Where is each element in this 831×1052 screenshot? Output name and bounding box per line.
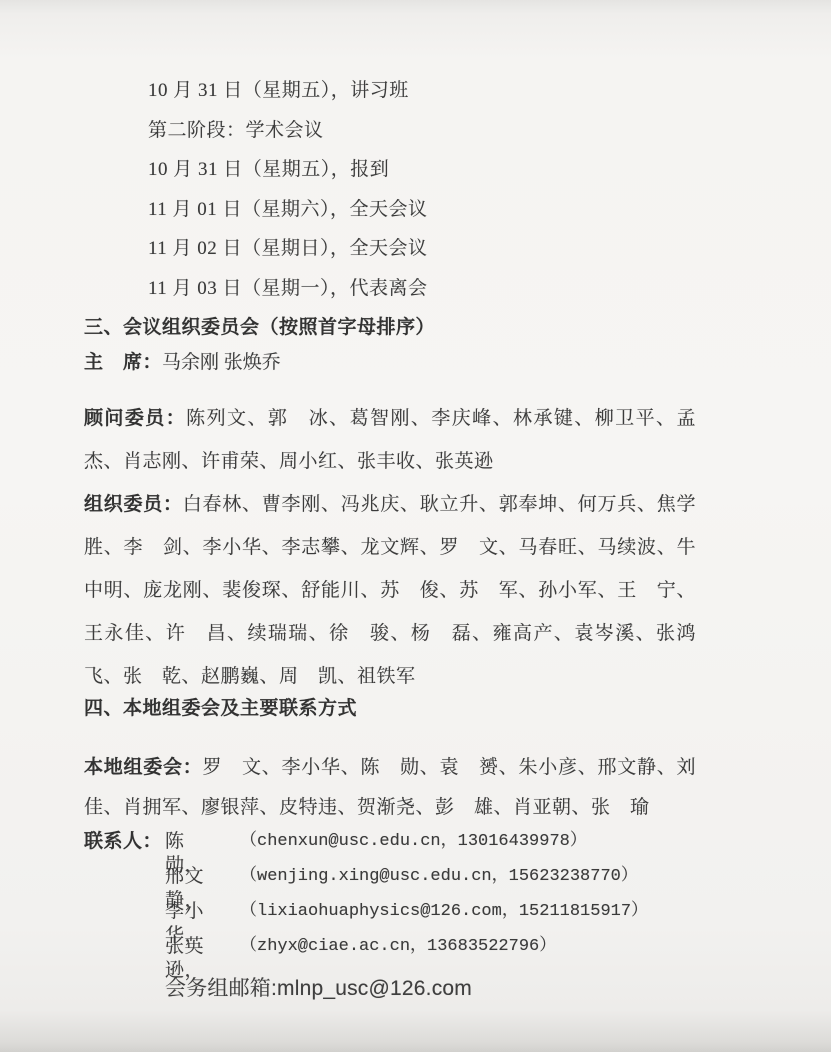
section4-heading: 四、本地组委会及主要联系方式: [84, 698, 696, 748]
document-content: 10 月 31 日（星期五），讲习班 第二阶段：学术会议 10 月 31 日（星…: [84, 80, 696, 1002]
organizers-names: 白春林、曹李刚、冯兆庆、耿立升、郭奉坤、何万兵、焦学胜、李 剑、李小华、李志攀、…: [84, 494, 696, 687]
organizers-paragraph: 组织委员：白春林、曹李刚、冯兆庆、耿立升、郭奉坤、何万兵、焦学胜、李 剑、李小华…: [84, 483, 696, 698]
chair-names: 马余刚 张焕乔: [162, 352, 281, 373]
section3-heading: 三、会议组织委员会（按照首字母排序）: [84, 317, 696, 352]
schedule-line-departure: 11 月 03 日（星期一），代表离会: [148, 278, 696, 318]
contact-info: （zhyx@ciae.ac.cn，13683522796）: [240, 935, 556, 959]
contact-info: （wenjing.xing@usc.edu.cn，15623238770）: [240, 865, 638, 889]
contacts-block: 联系人： 陈 勋， （chenxun@usc.edu.cn，1301643997…: [84, 830, 696, 970]
local-committee-label: 本地组委会：: [84, 757, 203, 778]
advisors-label: 顾问委员：: [84, 408, 186, 429]
contact-row: 李小华， （lixiaohuaphysics@126.com，152118159…: [84, 900, 696, 935]
schedule-line-day1: 11 月 01 日（星期六），全天会议: [148, 199, 696, 239]
contact-info: （chenxun@usc.edu.cn，13016439978）: [240, 830, 587, 854]
schedule-line-day2: 11 月 02 日（星期日），全天会议: [148, 238, 696, 278]
local-committee-paragraph: 本地组委会：罗 文、李小华、陈 勋、袁 赟、朱小彦、邢文静、刘佳、肖拥军、廖银萍…: [84, 748, 696, 828]
schedule-line-phase2: 第二阶段：学术会议: [148, 120, 696, 160]
schedule-line-workshop: 10 月 31 日（星期五），讲习班: [148, 80, 696, 120]
chair-label: 主 席：: [84, 352, 162, 373]
contact-row: 联系人： 陈 勋， （chenxun@usc.edu.cn，1301643997…: [84, 830, 696, 865]
contact-info: （lixiaohuaphysics@126.com，15211815917）: [240, 900, 648, 924]
schedule-block: 10 月 31 日（星期五），讲习班 第二阶段：学术会议 10 月 31 日（星…: [84, 80, 696, 317]
contact-row: 邢文静， （wenjing.xing@usc.edu.cn，1562323877…: [84, 865, 696, 900]
scanned-document-page: 10 月 31 日（星期五），讲习班 第二阶段：学术会议 10 月 31 日（星…: [0, 0, 831, 1052]
organizers-label: 组织委员：: [84, 494, 183, 515]
mailbox-line: 会务组邮箱:mlnp_usc@126.com: [84, 972, 696, 1002]
contacts-label: 联系人：: [84, 830, 165, 854]
schedule-line-registration: 10 月 31 日（星期五），报到: [148, 159, 696, 199]
chair-line: 主 席：马余刚 张焕乔: [84, 352, 696, 397]
contact-row: 张英逊， （zhyx@ciae.ac.cn，13683522796）: [84, 935, 696, 970]
advisors-paragraph: 顾问委员：陈列文、郭 冰、葛智刚、李庆峰、林承键、柳卫平、孟 杰、肖志刚、许甫荣…: [84, 397, 696, 483]
